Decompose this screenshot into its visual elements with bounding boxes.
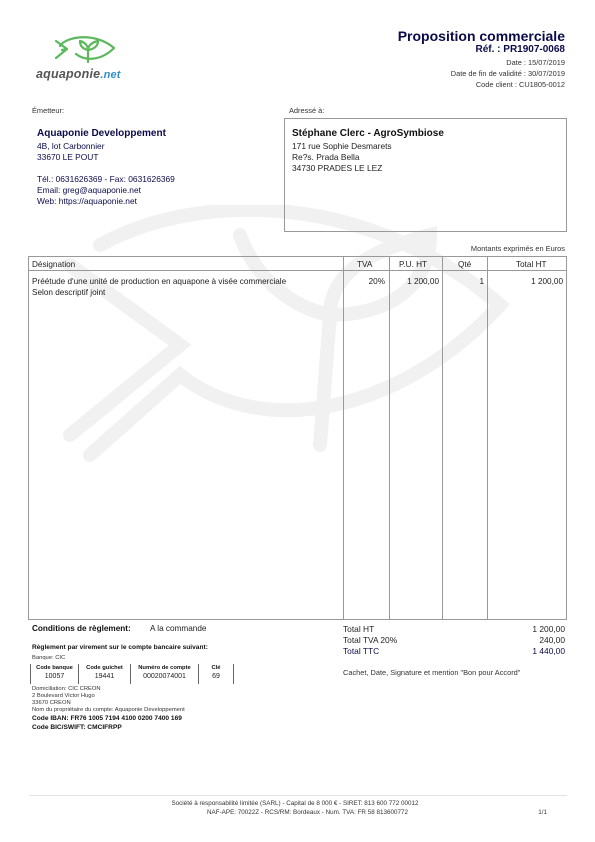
row-tva: 20% — [369, 277, 385, 286]
column-divider — [343, 257, 344, 619]
row-total-ht: 1 200,00 — [531, 277, 563, 286]
validity-date: Date de fin de validité : 30/07/2019 — [451, 69, 565, 78]
client-code: Code client : CU1805-0012 — [476, 80, 565, 89]
row-designation-detail: Selon descriptif joint — [32, 288, 105, 297]
column-divider — [389, 257, 390, 619]
recipient-address-line: 34730 PRADES LE LEZ — [292, 163, 382, 173]
header-tva: TVA — [357, 260, 372, 269]
bic-swift: Code BIC/SWIFT: CMCIFRPP — [32, 724, 122, 731]
footer-registration-line: NAF-APE: 70022Z - RCS/RM: Bordeaux - Num… — [0, 809, 595, 816]
account-owner: Nom du propriétaire du compte: Aquaponie… — [32, 707, 185, 713]
domiciliation-address: 2 Boulevard Victor Hugo — [32, 693, 95, 699]
sender-label: Émetteur: — [32, 106, 64, 115]
header-qty: Qté — [458, 260, 471, 269]
header-pu-ht: P.U. HT — [399, 260, 427, 269]
total-ht-value: 1 200,00 — [532, 624, 565, 634]
footer-divider — [30, 795, 567, 796]
logo-wordmark: aquaponie.net — [36, 67, 121, 81]
sender-email: Email: greg@aquaponie.net — [37, 185, 141, 195]
sender-name: Aquaponie Developpement — [37, 128, 166, 139]
header-designation: Désignation — [32, 260, 75, 269]
items-table: Désignation TVA P.U. HT Qté Total HT Pré… — [28, 256, 567, 620]
row-pu-ht: 1 200,00 — [407, 277, 439, 286]
sender-address-line: 4B, lot Carbonnier — [37, 141, 105, 151]
bank-code-cell: Code banque10057 — [30, 664, 78, 684]
recipient-address-line: 171 rue Sophie Desmarets — [292, 141, 392, 151]
bank-name: Banque: CIC — [32, 655, 65, 661]
sender-address-line: 33670 LE POUT — [37, 152, 98, 162]
header-total-ht: Total HT — [516, 260, 546, 269]
document-reference: Réf. : PR1907-0068 — [476, 44, 566, 55]
branch-code-cell: Code guichet19441 — [78, 664, 130, 684]
total-tva-value: 240,00 — [539, 635, 565, 645]
total-ht-label: Total HT — [343, 624, 374, 634]
currency-note: Montants exprimés en Euros — [471, 244, 565, 253]
column-divider — [442, 257, 443, 619]
domiciliation-city: 33670 CREON — [32, 700, 71, 706]
row-qty: 1 — [479, 277, 484, 286]
total-ttc-label: Total TTC — [343, 646, 379, 656]
key-cell: Clé69 — [198, 664, 234, 684]
domiciliation: Domiciliation: CIC CREON — [32, 686, 101, 692]
payment-terms-value: A la commande — [150, 624, 206, 633]
total-tva-label: Total TVA 20% — [343, 635, 397, 645]
row-designation: Préétude d'une unité de production en aq… — [32, 277, 286, 286]
document-date: Date : 15/07/2019 — [506, 58, 565, 67]
signature-note: Cachet, Date, Signature et mention "Bon … — [343, 668, 520, 677]
table-header — [29, 257, 566, 271]
sender-website: Web: https://aquaponie.net — [37, 196, 137, 206]
payment-terms-label: Conditions de règlement: — [32, 624, 131, 633]
page-number: 1/1 — [538, 809, 547, 816]
column-divider — [487, 257, 488, 619]
recipient-label: Adressé à: — [289, 106, 324, 115]
iban: Code IBAN: FR76 1005 7194 4100 0200 7400… — [32, 715, 182, 722]
recipient-name: Stéphane Clerc - AgroSymbiose — [292, 128, 444, 139]
document-title: Proposition commerciale — [398, 28, 565, 44]
account-number-cell: Numéro de compte00020074001 — [130, 664, 198, 684]
total-ttc-value: 1 440,00 — [532, 646, 565, 656]
footer-legal-line: Société à responsabilité limitée (SARL) … — [0, 800, 595, 807]
bank-transfer-heading: Règlement par virement sur le compte ban… — [32, 644, 208, 651]
recipient-address-line: Re?s. Prada Bella — [292, 152, 360, 162]
sender-phone: Tél.: 0631626369 - Fax: 0631626369 — [37, 174, 175, 184]
